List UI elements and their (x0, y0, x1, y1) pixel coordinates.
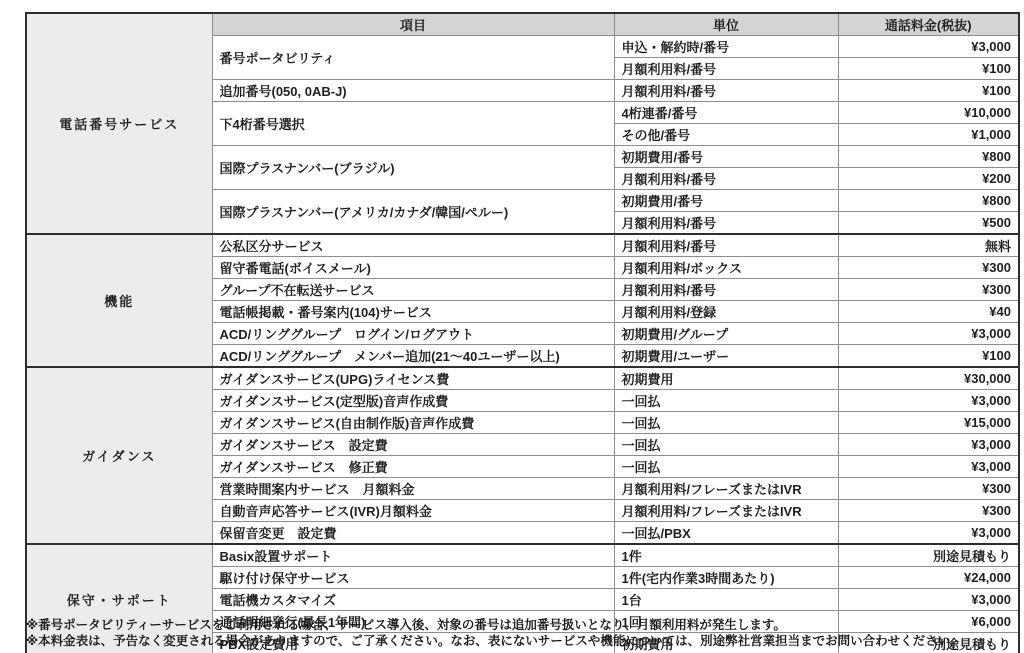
unit-cell: 一回払 (614, 456, 838, 478)
price-cell: ¥200 (838, 168, 1019, 190)
item-cell: 国際プラスナンバー(ブラジル) (212, 146, 614, 190)
price-cell: ¥3,000 (838, 434, 1019, 456)
price-cell: 無料 (838, 234, 1019, 257)
price-cell: ¥3,000 (838, 323, 1019, 345)
unit-cell: その他/番号 (614, 124, 838, 146)
item-cell: 下4桁番号選択 (212, 102, 614, 146)
item-cell: 留守番電話(ボイスメール) (212, 257, 614, 279)
price-cell: ¥3,000 (838, 456, 1019, 478)
unit-cell: 月額利用料/フレーズまたはIVR (614, 500, 838, 522)
header-row: 電話番号サービス項目単位通話料金(税抜) (26, 13, 1019, 36)
price-cell: ¥3,000 (838, 589, 1019, 611)
unit-cell: 月額利用料/番号 (614, 80, 838, 102)
item-cell: 自動音声応答サービス(IVR)月額料金 (212, 500, 614, 522)
category-cell: 電話番号サービス (26, 13, 212, 234)
price-cell: ¥300 (838, 500, 1019, 522)
price-cell: ¥3,000 (838, 390, 1019, 412)
price-cell: ¥24,000 (838, 567, 1019, 589)
pricing-table-body: 電話番号サービス項目単位通話料金(税抜)番号ポータビリティ申込・解約時/番号¥3… (26, 13, 1019, 653)
unit-cell: 4桁連番/番号 (614, 102, 838, 124)
unit-cell: 初期費用/ユーザー (614, 345, 838, 368)
price-cell: ¥30,000 (838, 367, 1019, 390)
price-cell: ¥3,000 (838, 36, 1019, 58)
price-cell: ¥800 (838, 146, 1019, 168)
item-cell: ガイダンスサービス 設定費 (212, 434, 614, 456)
item-cell: グループ不在転送サービス (212, 279, 614, 301)
price-cell: ¥1,000 (838, 124, 1019, 146)
unit-cell: 一回払 (614, 412, 838, 434)
column-header-price: 通話料金(税抜) (838, 13, 1019, 36)
item-cell: ACD/リンググループ メンバー追加(21～40ユーザー以上) (212, 345, 614, 368)
item-cell: 追加番号(050, 0AB-J) (212, 80, 614, 102)
price-cell: ¥40 (838, 301, 1019, 323)
item-cell: 保留音変更 設定費 (212, 522, 614, 545)
item-cell: ACD/リンググループ ログイン/ログアウト (212, 323, 614, 345)
table-row: 保守・サポートBasix設置サポート1件別途見積もり (26, 544, 1019, 567)
item-cell: 番号ポータビリティ (212, 36, 614, 80)
unit-cell: 一回払 (614, 434, 838, 456)
price-cell: ¥15,000 (838, 412, 1019, 434)
footnotes: ※番号ポータビリティーサービスをご利用される場合、サービス導入後、対象の番号は追… (26, 617, 1016, 649)
category-cell: ガイダンス (26, 367, 212, 544)
price-cell: ¥500 (838, 212, 1019, 235)
item-cell: Basix設置サポート (212, 544, 614, 567)
item-cell: ガイダンスサービス(自由制作版)音声作成費 (212, 412, 614, 434)
column-header-item: 項目 (212, 13, 614, 36)
unit-cell: 一回払/PBX (614, 522, 838, 545)
price-list-page: 電話番号サービス項目単位通話料金(税抜)番号ポータビリティ申込・解約時/番号¥3… (0, 0, 1024, 653)
unit-cell: 初期費用/グループ (614, 323, 838, 345)
price-cell: ¥800 (838, 190, 1019, 212)
unit-cell: 月額利用料/登録 (614, 301, 838, 323)
price-cell: ¥100 (838, 58, 1019, 80)
item-cell: 営業時間案内サービス 月額料金 (212, 478, 614, 500)
unit-cell: 1件 (614, 544, 838, 567)
unit-cell: 月額利用料/番号 (614, 234, 838, 257)
price-cell: ¥300 (838, 279, 1019, 301)
column-header-unit: 単位 (614, 13, 838, 36)
item-cell: ガイダンスサービス(UPG)ライセンス費 (212, 367, 614, 390)
item-cell: 電話機カスタマイズ (212, 589, 614, 611)
unit-cell: 1台 (614, 589, 838, 611)
item-cell: ガイダンスサービス(定型版)音声作成費 (212, 390, 614, 412)
price-cell: ¥3,000 (838, 522, 1019, 545)
category-cell: 機能 (26, 234, 212, 367)
unit-cell: 1件(宅内作業3時間あたり) (614, 567, 838, 589)
price-cell: ¥100 (838, 80, 1019, 102)
price-cell: 別途見積もり (838, 544, 1019, 567)
unit-cell: 月額利用料/番号 (614, 58, 838, 80)
price-cell: ¥300 (838, 478, 1019, 500)
unit-cell: 申込・解約時/番号 (614, 36, 838, 58)
unit-cell: 初期費用/番号 (614, 190, 838, 212)
item-cell: 公私区分サービス (212, 234, 614, 257)
unit-cell: 月額利用料/番号 (614, 168, 838, 190)
item-cell: 国際プラスナンバー(アメリカ/カナダ/韓国/ペルー) (212, 190, 614, 235)
unit-cell: 月額利用料/番号 (614, 279, 838, 301)
unit-cell: 月額利用料/フレーズまたはIVR (614, 478, 838, 500)
price-cell: ¥300 (838, 257, 1019, 279)
item-cell: 駆け付け保守サービス (212, 567, 614, 589)
footnote-price-change: ※本料金表は、予告なく変更される場合がありますので、ご了承ください。なお、表にな… (26, 633, 1016, 649)
pricing-table: 電話番号サービス項目単位通話料金(税抜)番号ポータビリティ申込・解約時/番号¥3… (25, 12, 1020, 653)
table-row: ガイダンスガイダンスサービス(UPG)ライセンス費初期費用¥30,000 (26, 367, 1019, 390)
unit-cell: 初期費用/番号 (614, 146, 838, 168)
unit-cell: 月額利用料/番号 (614, 212, 838, 235)
item-cell: 電話帳掲載・番号案内(104)サービス (212, 301, 614, 323)
price-cell: ¥100 (838, 345, 1019, 368)
unit-cell: 初期費用 (614, 367, 838, 390)
item-cell: ガイダンスサービス 修正費 (212, 456, 614, 478)
unit-cell: 月額利用料/ボックス (614, 257, 838, 279)
footnote-number-portability: ※番号ポータビリティーサービスをご利用される場合、サービス導入後、対象の番号は追… (26, 617, 1016, 633)
table-row: 機能公私区分サービス月額利用料/番号無料 (26, 234, 1019, 257)
unit-cell: 一回払 (614, 390, 838, 412)
price-cell: ¥10,000 (838, 102, 1019, 124)
